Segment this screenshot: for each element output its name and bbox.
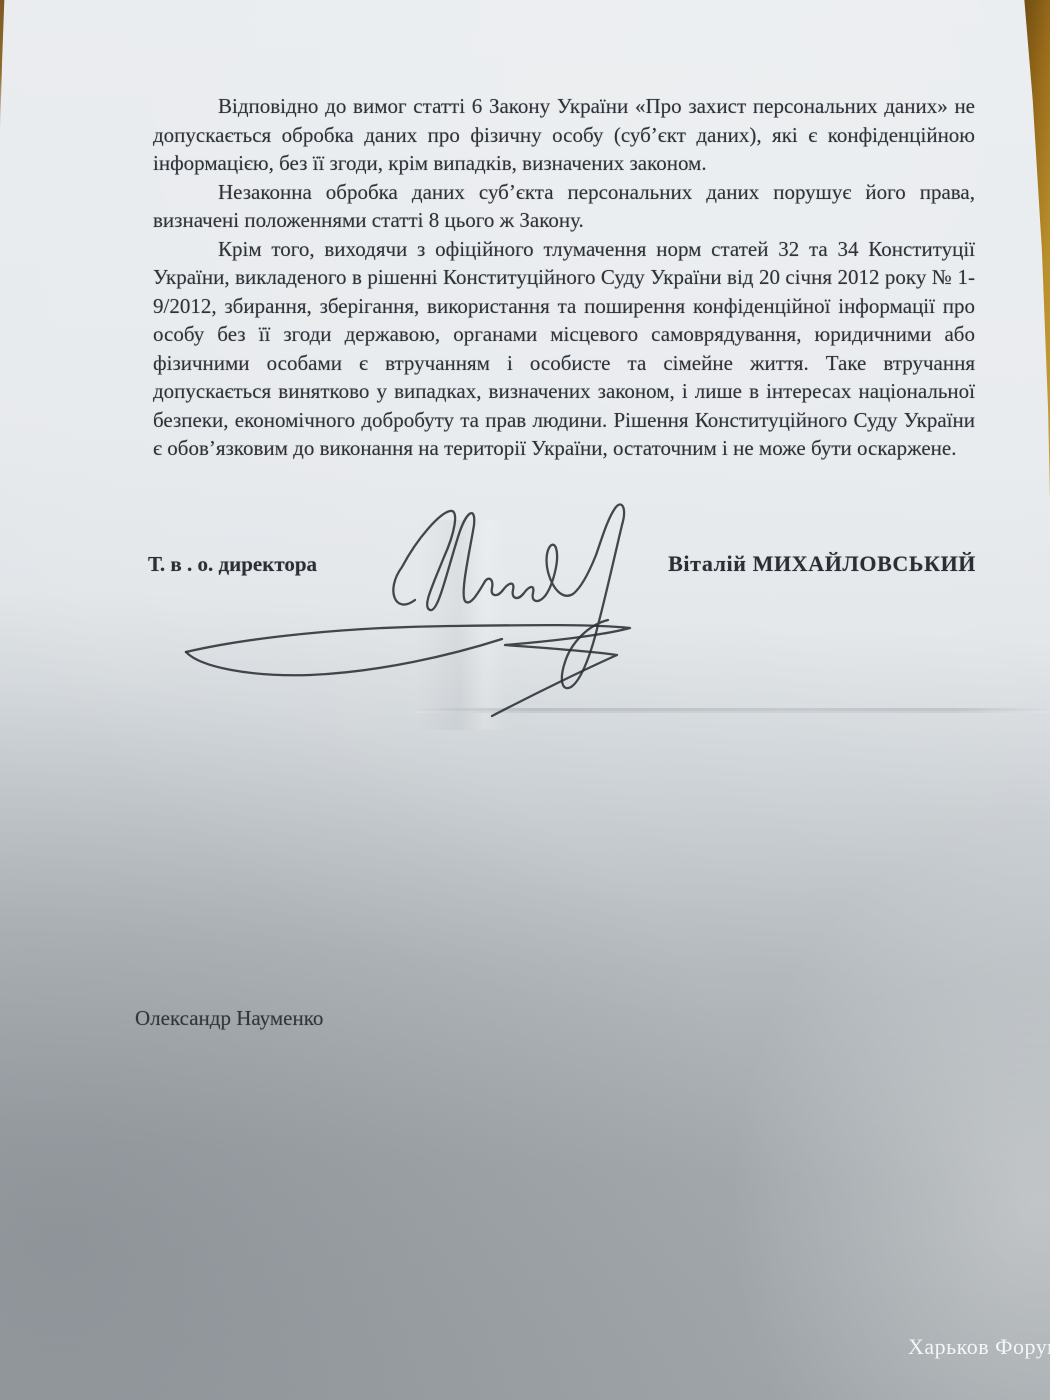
- paragraph-2: Незаконна обробка даних суб’єкта персона…: [153, 178, 975, 235]
- signature-scribble-icon: [170, 495, 910, 765]
- executor-name: Олександр Науменко: [135, 1006, 323, 1031]
- desk-edge-left: [0, 0, 7, 135]
- signer-title: Т. в . о. директора: [148, 552, 317, 577]
- letter-body: Відповідно до вимог статті 6 Закону Укра…: [153, 92, 975, 463]
- paragraph-1: Відповідно до вимог статті 6 Закону Укра…: [153, 92, 975, 178]
- paper-fold-line: [415, 708, 1050, 713]
- paragraph-3: Крім того, виходячи з офіційного тлумаче…: [153, 235, 975, 463]
- watermark: Харьков Форум: [908, 1334, 1050, 1360]
- document-photo: Відповідно до вимог статті 6 Закону Укра…: [0, 0, 1050, 1400]
- desk-edge-right: [1023, 0, 1050, 500]
- signature-block: Т. в . о. директора Віталій МИХАЙЛОВСЬКИ…: [148, 551, 976, 577]
- signer-name: Віталій МИХАЙЛОВСЬКИЙ: [668, 551, 976, 577]
